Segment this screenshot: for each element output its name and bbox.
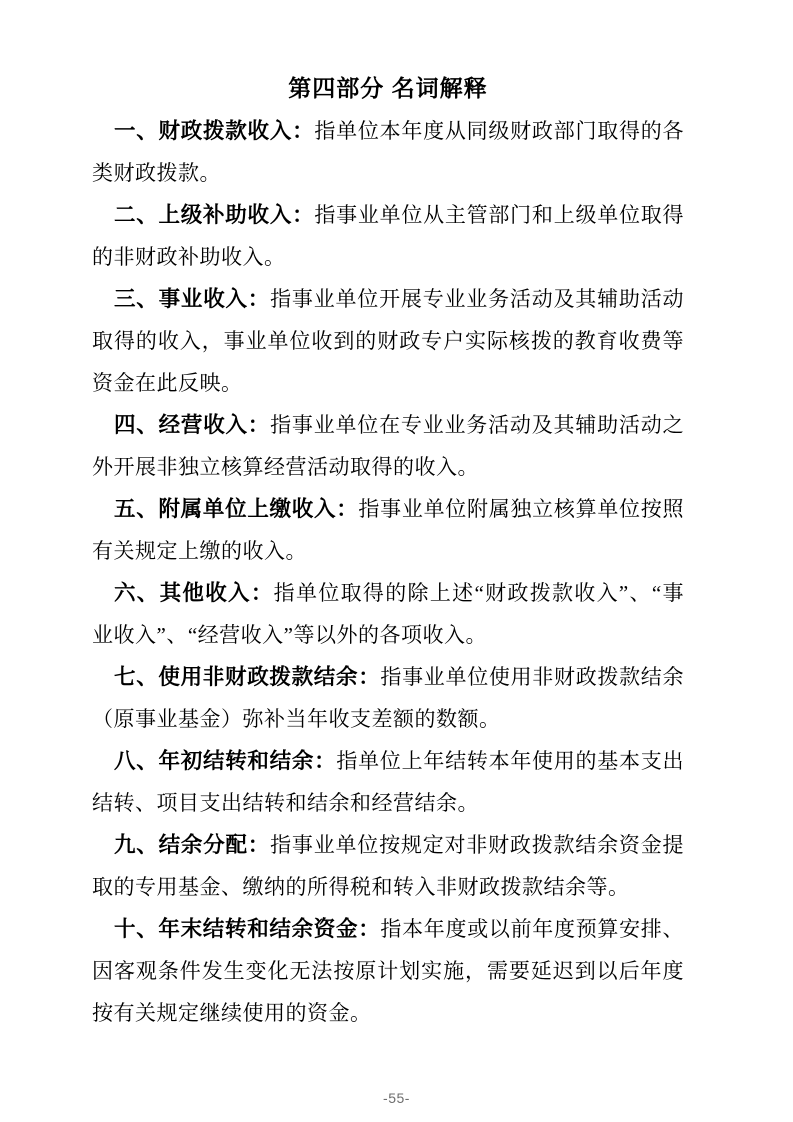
definition-item-3: 三、事业收入：指事业单位开展专业业务活动及其辅助活动取得的收入，事业单位收到的财… [92, 278, 684, 404]
term-label: 一、财政拨款收入： [114, 119, 314, 143]
term-label: 二、上级补助收入： [114, 203, 314, 227]
term-label: 三、事业收入： [114, 287, 270, 311]
definition-item-8: 八、年初结转和结余：指单位上年结转本年使用的基本支出结转、项目支出结转和结余和经… [92, 740, 684, 824]
term-label: 四、经营收入： [114, 413, 270, 437]
term-label: 七、使用非财政拨款结余： [114, 665, 380, 689]
term-label: 八、年初结转和结余： [114, 749, 336, 773]
definition-item-2: 二、上级补助收入：指事业单位从主管部门和上级单位取得的非财政补助收入。 [92, 194, 684, 278]
definition-item-9: 九、结余分配：指事业单位按规定对非财政拨款结余资金提取的专用基金、缴纳的所得税和… [92, 824, 684, 908]
definition-item-7: 七、使用非财政拨款结余：指事业单位使用非财政拨款结余（原事业基金）弥补当年收支差… [92, 656, 684, 740]
term-label: 六、其他收入： [114, 581, 274, 605]
definition-item-5: 五、附属单位上缴收入：指事业单位附属独立核算单位按照有关规定上缴的收入。 [92, 488, 684, 572]
definition-item-4: 四、经营收入：指事业单位在专业业务活动及其辅助活动之外开展非独立核算经营活动取得… [92, 404, 684, 488]
term-label: 十、年末结转和结余资金： [114, 917, 380, 941]
document-page: 第四部分 名词解释 一、财政拨款收入：指单位本年度从同级财政部门取得的各类财政拨… [0, 0, 793, 1122]
definition-item-6: 六、其他收入：指单位取得的除上述“财政拨款收入”、“事业收入”、“经营收入”等以… [92, 572, 684, 656]
term-label: 五、附属单位上缴收入： [114, 497, 358, 521]
definition-item-10: 十、年末结转和结余资金：指本年度或以前年度预算安排、因客观条件发生变化无法按原计… [92, 908, 684, 1034]
term-label: 九、结余分配： [114, 833, 270, 857]
page-title: 第四部分 名词解释 [92, 66, 684, 110]
page-number: -55- [0, 1090, 793, 1106]
document-content: 第四部分 名词解释 一、财政拨款收入：指单位本年度从同级财政部门取得的各类财政拨… [92, 66, 684, 1034]
definition-item-1: 一、财政拨款收入：指单位本年度从同级财政部门取得的各类财政拨款。 [92, 110, 684, 194]
